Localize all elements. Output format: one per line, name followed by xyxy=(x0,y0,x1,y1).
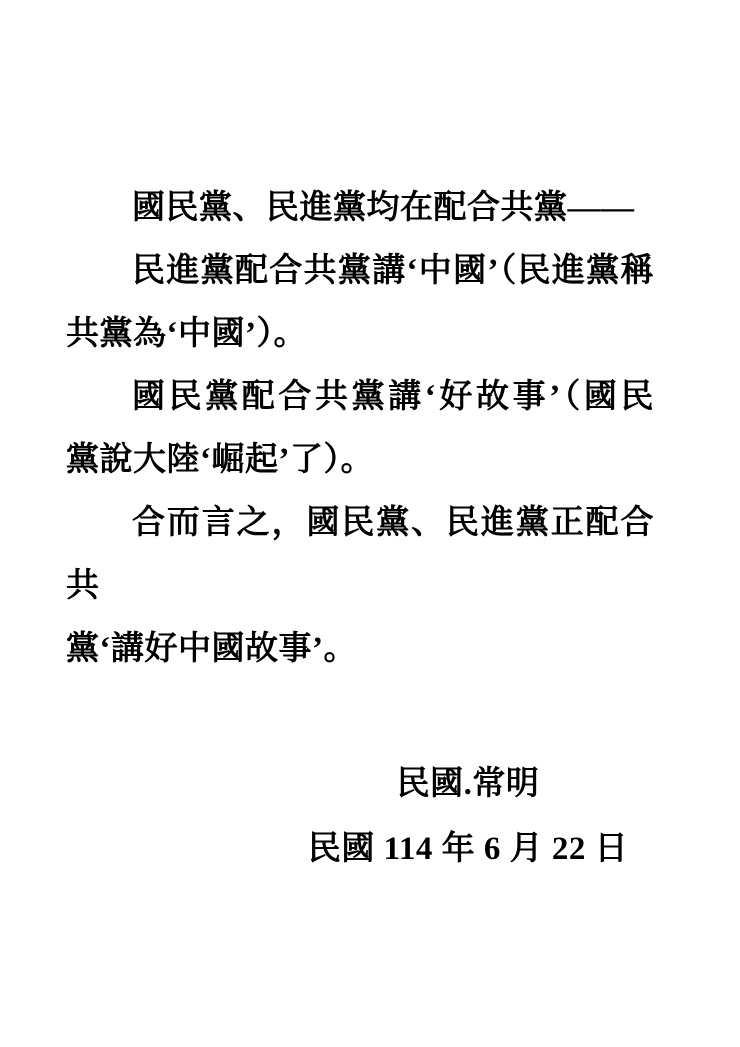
text-line: 國民黨、民進黨均在配合共黨—— xyxy=(66,177,654,240)
signature-block: 民國.常明 民國 114 年 6 月 22 日 xyxy=(196,752,740,882)
text-line: 共黨為‘中國’）。 xyxy=(66,303,654,366)
signature-name: 民國.常明 xyxy=(196,752,740,817)
text-line: 合而言之，國民黨、民進黨正配合共 xyxy=(66,492,654,618)
document-body: 國民黨、民進黨均在配合共黨—— 民進黨配合共黨講‘中國’（民進黨稱 共黨為‘中國… xyxy=(66,177,654,681)
paragraph-2: 民進黨配合共黨講‘中國’（民進黨稱 共黨為‘中國’）。 xyxy=(66,240,654,366)
document-page: 國民黨、民進黨均在配合共黨—— 民進黨配合共黨講‘中國’（民進黨稱 共黨為‘中國… xyxy=(0,0,740,1047)
text-line: 國民黨配合共黨講‘好故事’（國民 xyxy=(66,366,654,429)
text-line: 民進黨配合共黨講‘中國’（民進黨稱 xyxy=(66,240,654,303)
paragraph-4: 合而言之，國民黨、民進黨正配合共 黨‘講好中國故事’。 xyxy=(66,492,654,681)
paragraph-1: 國民黨、民進黨均在配合共黨—— xyxy=(66,177,654,240)
text-line: 黨‘講好中國故事’。 xyxy=(66,618,654,681)
text-line: 黨說大陸‘崛起’了）。 xyxy=(66,429,654,492)
paragraph-3: 國民黨配合共黨講‘好故事’（國民 黨說大陸‘崛起’了）。 xyxy=(66,366,654,492)
signature-date: 民國 114 年 6 月 22 日 xyxy=(196,817,740,882)
